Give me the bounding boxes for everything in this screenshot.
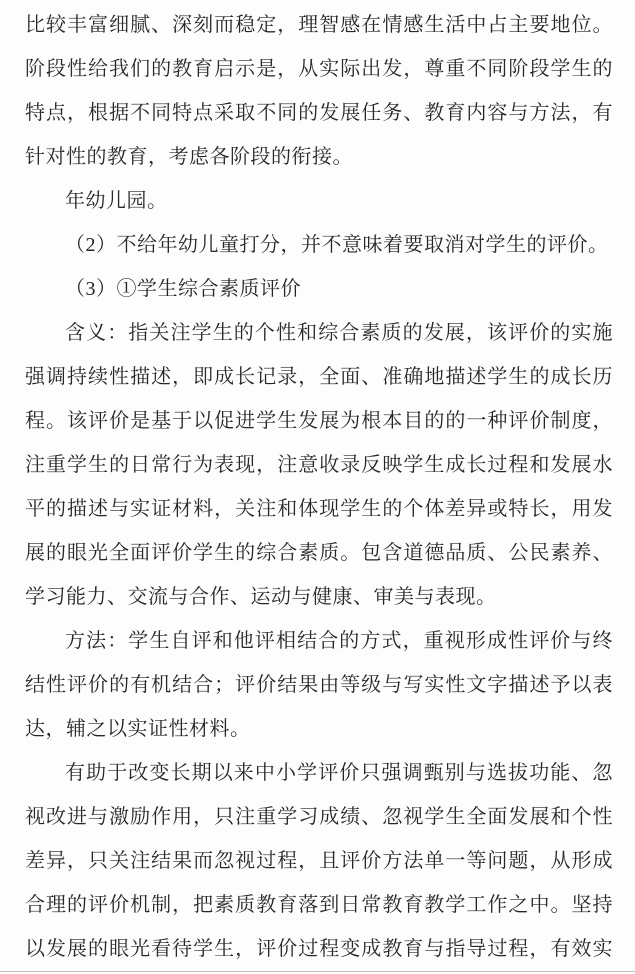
text-line: 平的描述与实证材料，关注和体现学生的个体差异或特长，用发 [25,487,613,531]
text-line: 结性评价的有机结合；评价结果由等级与写实性文字描述予以表 [25,663,613,707]
text-line: 针对性的教育，考虑各阶段的衔接。 [25,135,613,179]
text-line: 含义：指关注学生的个性和综合素质的发展，该评价的实施 [25,311,613,355]
text-line: 合理的评价机制，把素质教育落到日常教育教学工作之中。坚持 [25,883,613,927]
text-line: 年幼儿园。 [25,179,613,223]
text-line: 注重学生的日常行为表现，注意收录反映学生成长过程和发展水 [25,443,613,487]
text-line: 展的眼光全面评价学生的综合素质。包含道德品质、公民素养、 [25,531,613,575]
text-line: 达，辅之以实证性材料。 [25,707,613,751]
text-line: 强调持续性描述，即成长记录，全面、准确地描述学生的成长历 [25,355,613,399]
page-bottom-rule [0,971,635,972]
text-line: 阶段性给我们的教育启示是，从实际出发，尊重不同阶段学生的 [25,47,613,91]
text-line: 特点，根据不同特点采取不同的发展任务、教育内容与方法，有 [25,91,613,135]
document-text-block: 比较丰富细腻、深刻而稳定，理智感在情感生活中占主要地位。阶段性给我们的教育启示是… [25,3,613,971]
text-line: 差异，只关注结果而忽视过程，且评价方法单一等问题，从形成 [25,839,613,883]
text-line: （2）不给年幼儿童打分，并不意味着要取消对学生的评价。 [25,223,613,267]
text-line: 程。该评价是基于以促进学生发展为根本目的的一种评价制度， [25,399,613,443]
text-line: （3）①学生综合素质评价 [25,267,613,311]
text-line: 学习能力、交流与合作、运动与健康、审美与表现。 [25,575,613,619]
text-line: 方法：学生自评和他评相结合的方式，重视形成性评价与终 [25,619,613,663]
text-line: 比较丰富细腻、深刻而稳定，理智感在情感生活中占主要地位。 [25,3,613,47]
text-line: 有助于改变长期以来中小学评价只强调甄别与选拔功能、忽 [25,751,613,795]
text-line: 视改进与激励作用，只注重学习成绩、忽视学生全面发展和个性 [25,795,613,839]
document-page: 比较丰富细腻、深刻而稳定，理智感在情感生活中占主要地位。阶段性给我们的教育启示是… [0,0,635,974]
text-line: 以发展的眼光看待学生，评价过程变成教育与指导过程，有效实 [25,927,613,971]
